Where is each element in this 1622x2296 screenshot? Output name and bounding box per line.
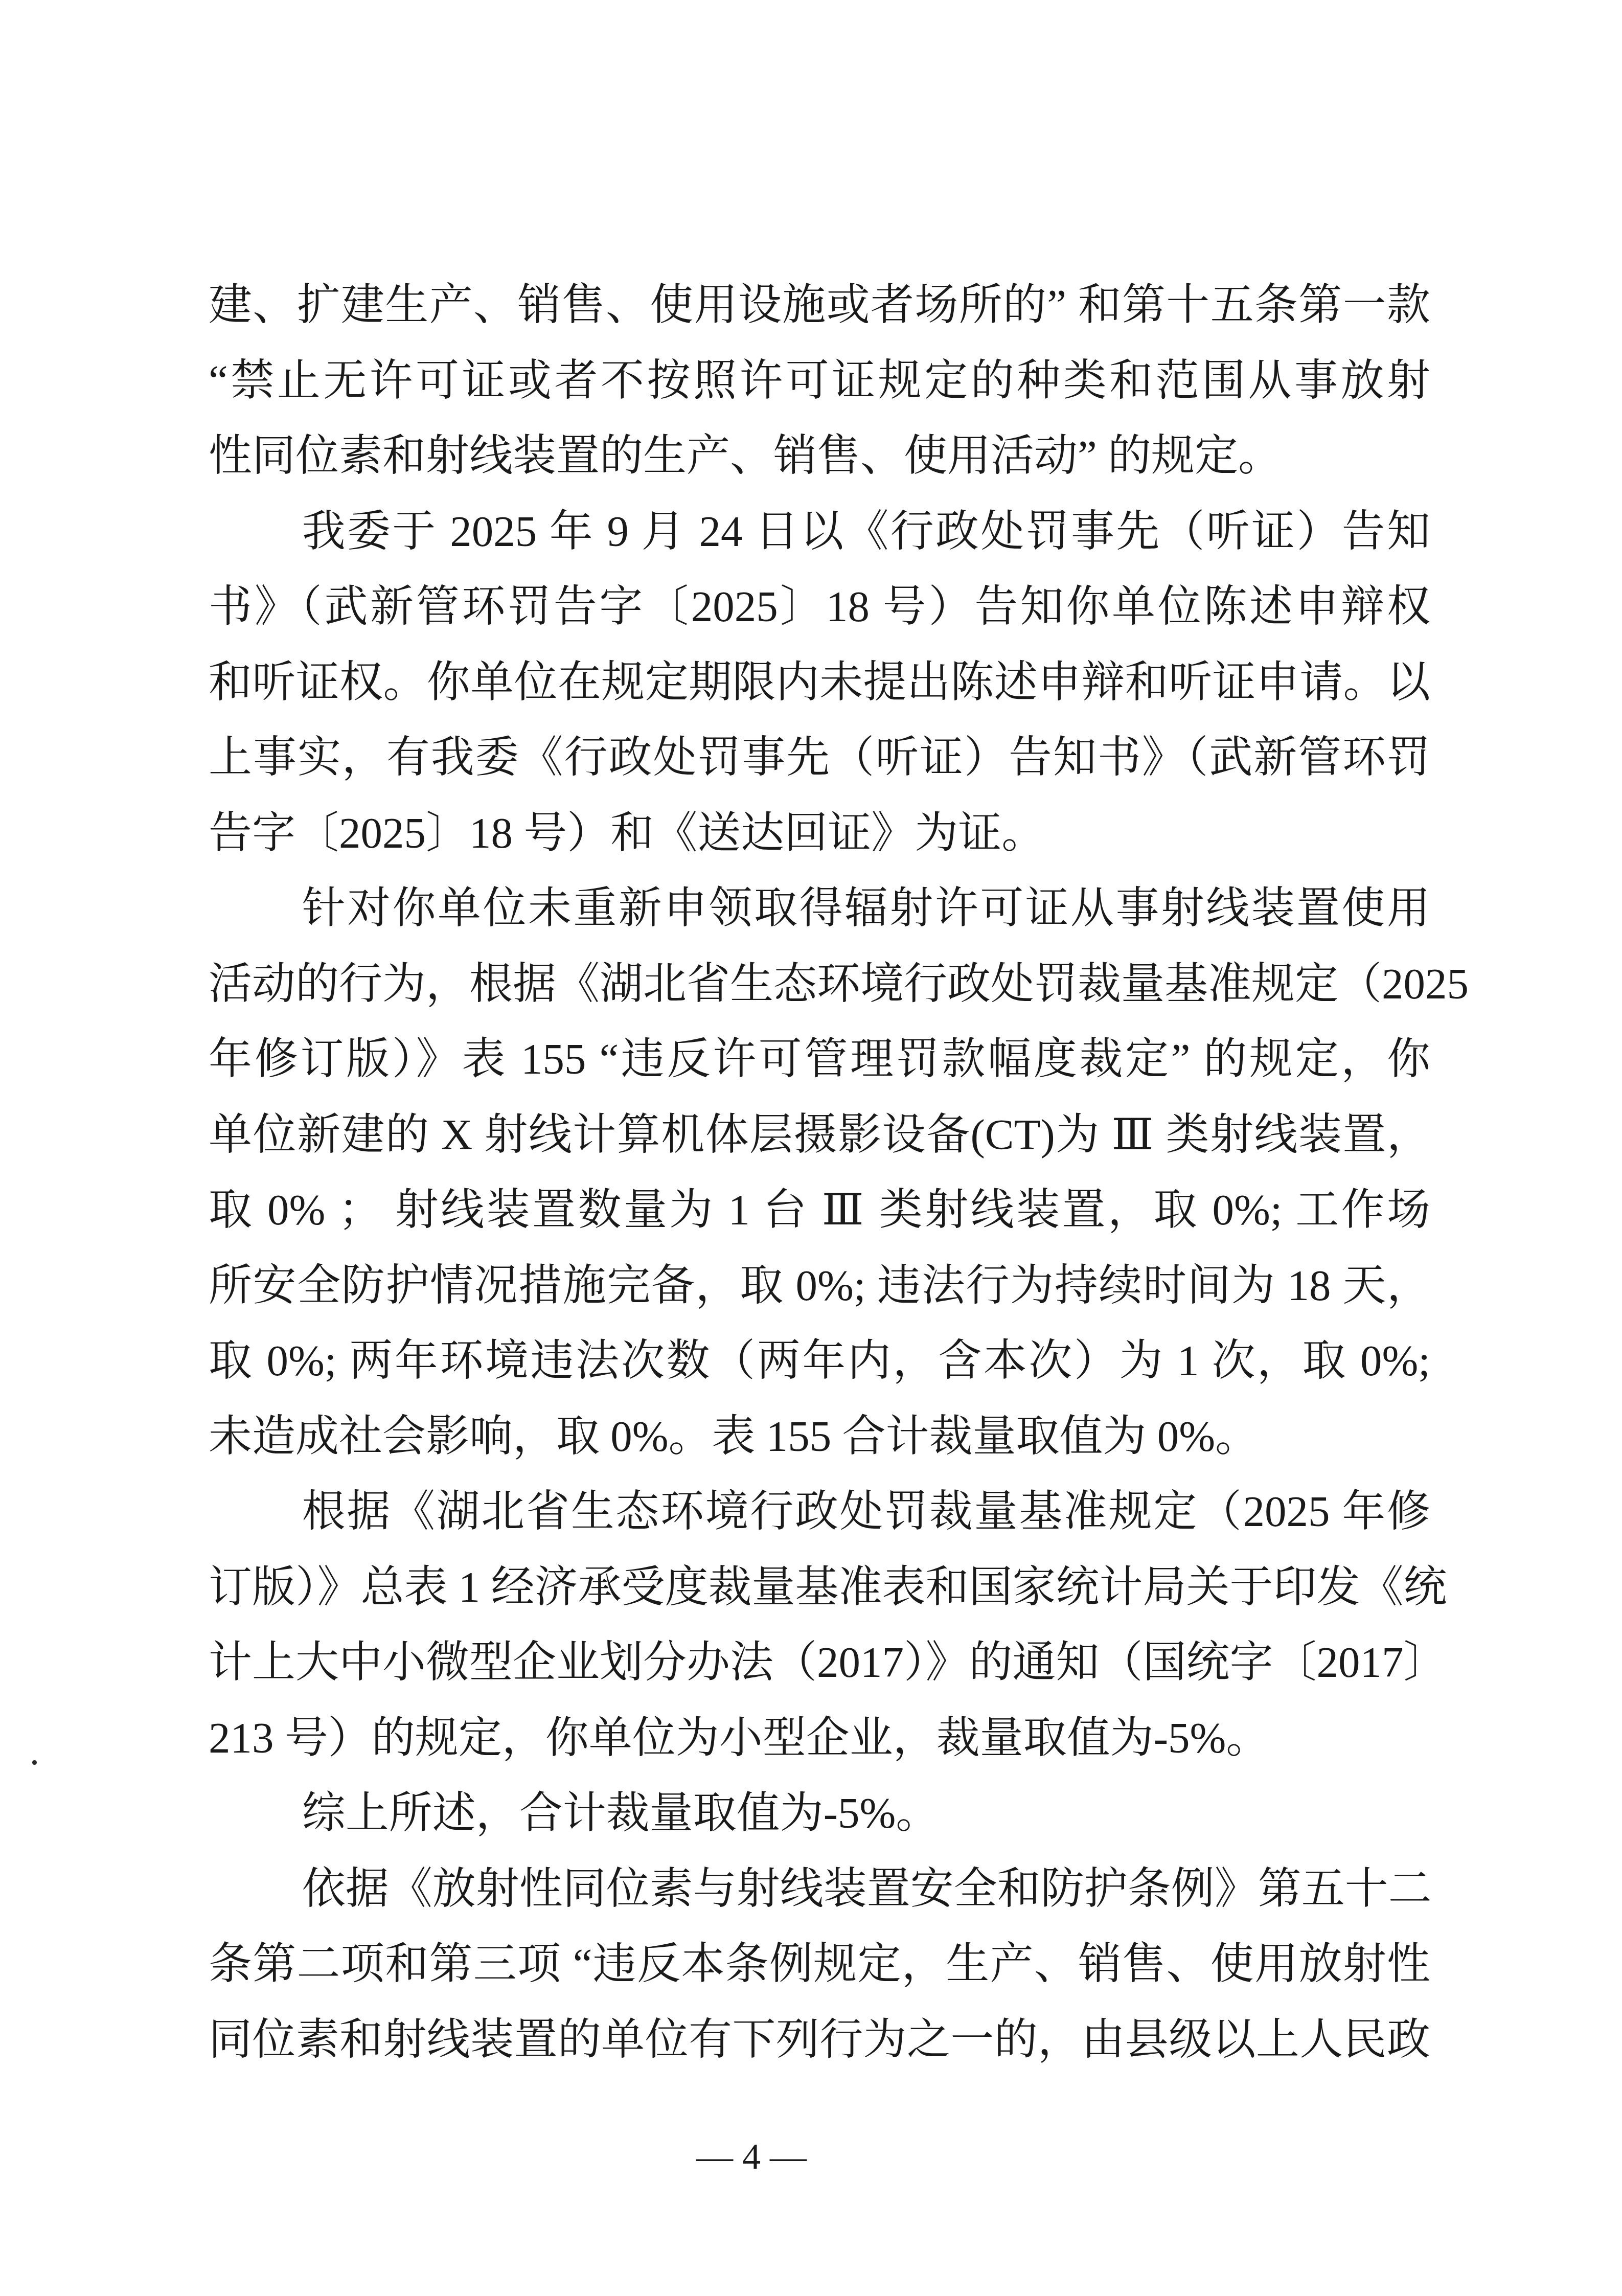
- text-line: 上事实，有我委《行政处罚事先（听证）告知书》（武新管环罚: [209, 720, 1430, 796]
- page-number: — 4 —: [696, 2131, 807, 2182]
- text-line: 未造成社会影响，取 0%。表 155 合计裁量取值为 0%。: [209, 1399, 1430, 1475]
- text-line: 取 0%; 两年环境违法次数（两年内，含本次）为 1 次，取 0%;: [209, 1324, 1430, 1399]
- paragraph: 我委于 2025 年 9 月 24 日以《行政处罚事先（听证）告知书》（武新管环…: [209, 494, 1430, 872]
- text-line: 综上所述，合计裁量取值为-5%。: [209, 1776, 1430, 1852]
- text-line: 告字〔2025〕18 号）和《送达回证》为证。: [209, 796, 1430, 872]
- text-line: 条第二项和第三项 “违反本条例规定，生产、销售、使用放射性: [209, 1927, 1430, 2003]
- text-line: 书》（武新管环罚告字〔2025〕18 号）告知你单位陈述申辩权: [209, 570, 1430, 645]
- paragraph: 建、扩建生产、销售、使用设施或者场所的” 和第十五条第一款“禁止无许可证或者不按…: [209, 268, 1430, 494]
- paragraph: 根据《湖北省生态环境行政处罚裁量基准规定（2025 年修订版）》总表 1 经济承…: [209, 1474, 1430, 1776]
- text-line: 取 0% ； 射线装置数量为 1 台 Ⅲ 类射线装置，取 0%; 工作场: [209, 1173, 1430, 1248]
- text-line: “禁止无许可证或者不按照许可证规定的种类和范围从事放射: [209, 344, 1430, 419]
- paragraph: 综上所述，合计裁量取值为-5%。: [209, 1776, 1430, 1852]
- text-line: 针对你单位未重新申领取得辐射许可证从事射线装置使用: [209, 871, 1430, 947]
- scan-artifact-dot: [32, 1760, 37, 1765]
- text-line: 我委于 2025 年 9 月 24 日以《行政处罚事先（听证）告知: [209, 494, 1430, 570]
- text-line: 活动的行为，根据《湖北省生态环境行政处罚裁量基准规定（2025: [209, 947, 1430, 1022]
- text-line: 建、扩建生产、销售、使用设施或者场所的” 和第十五条第一款: [209, 268, 1430, 344]
- text-line: 订版）》总表 1 经济承受度裁量基准表和国家统计局关于印发《统: [209, 1550, 1430, 1626]
- text-line: 和听证权。你单位在规定期限内未提出陈述申辩和听证申请。以: [209, 645, 1430, 721]
- text-line: 计上大中小微型企业划分办法（2017）》的通知（国统字〔2017〕: [209, 1625, 1430, 1701]
- text-line: 依据《放射性同位素与射线装置安全和防护条例》第五十二: [209, 1852, 1430, 1927]
- text-line: 根据《湖北省生态环境行政处罚裁量基准规定（2025 年修: [209, 1474, 1430, 1550]
- text-line: 性同位素和射线装置的生产、销售、使用活动” 的规定。: [209, 419, 1430, 494]
- text-line: 年修订版）》表 155 “违反许可管理罚款幅度裁定” 的规定，你: [209, 1022, 1430, 1098]
- paragraph: 针对你单位未重新申领取得辐射许可证从事射线装置使用活动的行为，根据《湖北省生态环…: [209, 871, 1430, 1474]
- text-line: 单位新建的 X 射线计算机体层摄影设备(CT)为 Ⅲ 类射线装置，: [209, 1098, 1430, 1173]
- text-line: 所安全防护情况措施完备，取 0%; 违法行为持续时间为 18 天，: [209, 1248, 1430, 1324]
- scanned-document-page: 建、扩建生产、销售、使用设施或者场所的” 和第十五条第一款“禁止无许可证或者不按…: [0, 0, 1622, 2296]
- text-line: 同位素和射线装置的单位有下列行为之一的，由县级以上人民政: [209, 2003, 1430, 2078]
- document-body: 建、扩建生产、销售、使用设施或者场所的” 和第十五条第一款“禁止无许可证或者不按…: [209, 268, 1430, 2078]
- text-line: 213 号）的规定，你单位为小型企业，裁量取值为-5%。: [209, 1701, 1430, 1777]
- paragraph: 依据《放射性同位素与射线装置安全和防护条例》第五十二条第二项和第三项 “违反本条…: [209, 1852, 1430, 2078]
